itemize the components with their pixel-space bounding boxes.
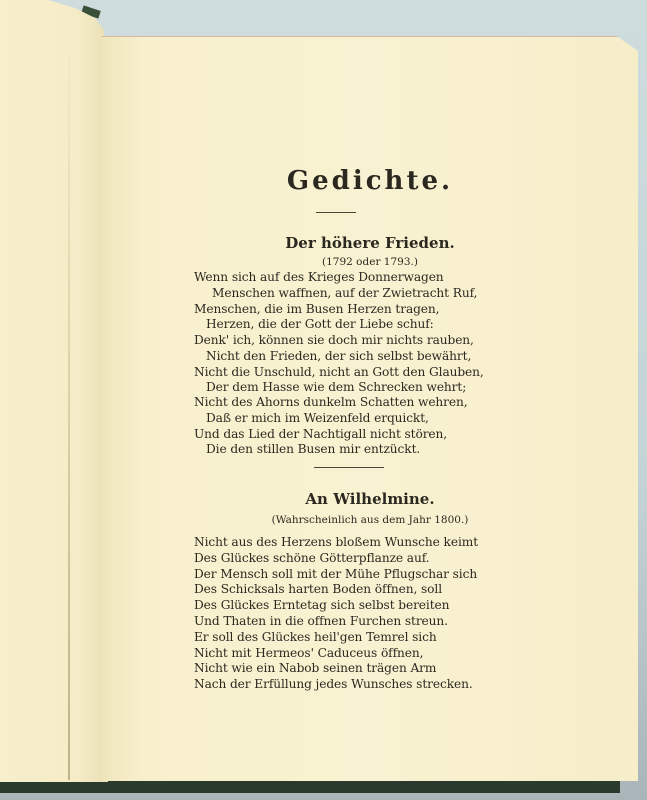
verse-line: Der dem Hasse wie dem Schrecken wehrt;: [194, 380, 614, 396]
title-divider: [316, 212, 356, 213]
section-title: Gedichte.: [102, 166, 638, 196]
poem-title: An Wilhelmine.: [102, 490, 638, 508]
verse-line: Nicht wie ein Nabob seinen trägen Arm: [194, 661, 614, 677]
poem-date: (Wahrscheinlich aus dem Jahr 1800.): [102, 514, 638, 526]
poem-divider: [314, 467, 384, 468]
verse-line: Des Schicksals harten Boden öffnen, soll: [194, 582, 614, 598]
stanza: Nicht des Ahorns dunkelm Schatten wehren…: [194, 395, 614, 458]
verse-line: Des Glückes Erntetag sich selbst bereite…: [194, 598, 614, 614]
poem-date: (1792 oder 1793.): [102, 256, 638, 268]
page-content: Gedichte. Der höhere Frieden. (1792 oder…: [102, 0, 638, 800]
verse-line: Menschen, die im Busen Herzen tragen,: [194, 302, 614, 318]
verse-line: Nicht den Frieden, der sich selbst bewäh…: [194, 349, 614, 365]
verse-line: Menschen waffnen, auf der Zwietracht Ruf…: [194, 286, 614, 302]
verse-line: Und das Lied der Nachtigall nicht stören…: [194, 427, 614, 443]
verse-line: Nicht aus des Herzens bloßem Wunsche kei…: [194, 535, 614, 551]
verse-line: Und Thaten in die offnen Furchen streun.: [194, 614, 614, 630]
verse-line: Des Glückes schöne Götterpflanze auf.: [194, 551, 614, 567]
verse-line: Daß er mich im Weizenfeld erquickt,: [194, 411, 614, 427]
verse-line: Der Mensch soll mit der Mühe Pflugschar …: [194, 567, 614, 583]
verse-line: Herzen, die der Gott der Liebe schuf:: [194, 317, 614, 333]
stanza: Denk' ich, können sie doch mir nichts ra…: [194, 333, 614, 396]
verse-line: Nach der Erfüllung jedes Wunsches streck…: [194, 677, 614, 693]
verse-line: Nicht des Ahorns dunkelm Schatten wehren…: [194, 395, 614, 411]
verse-line: Er soll des Glückes heil'gen Temrel sich: [194, 630, 614, 646]
verse-line: Nicht mit Hermeos' Caduceus öffnen,: [194, 646, 614, 662]
poem-title: Der höhere Frieden.: [102, 234, 638, 252]
stanza: Wenn sich auf des Krieges Donnerwagen Me…: [194, 270, 614, 333]
left-page: [0, 0, 110, 782]
verse-line: Nicht die Unschuld, nicht an Gott den Gl…: [194, 365, 614, 381]
page-gutter: [68, 28, 70, 780]
stanza: Nicht aus des Herzens bloßem Wunsche kei…: [194, 535, 614, 693]
verse-line: Die den stillen Busen mir entzückt.: [194, 442, 614, 458]
verse-line: Denk' ich, können sie doch mir nichts ra…: [194, 333, 614, 349]
verse-line: Wenn sich auf des Krieges Donnerwagen: [194, 270, 614, 286]
